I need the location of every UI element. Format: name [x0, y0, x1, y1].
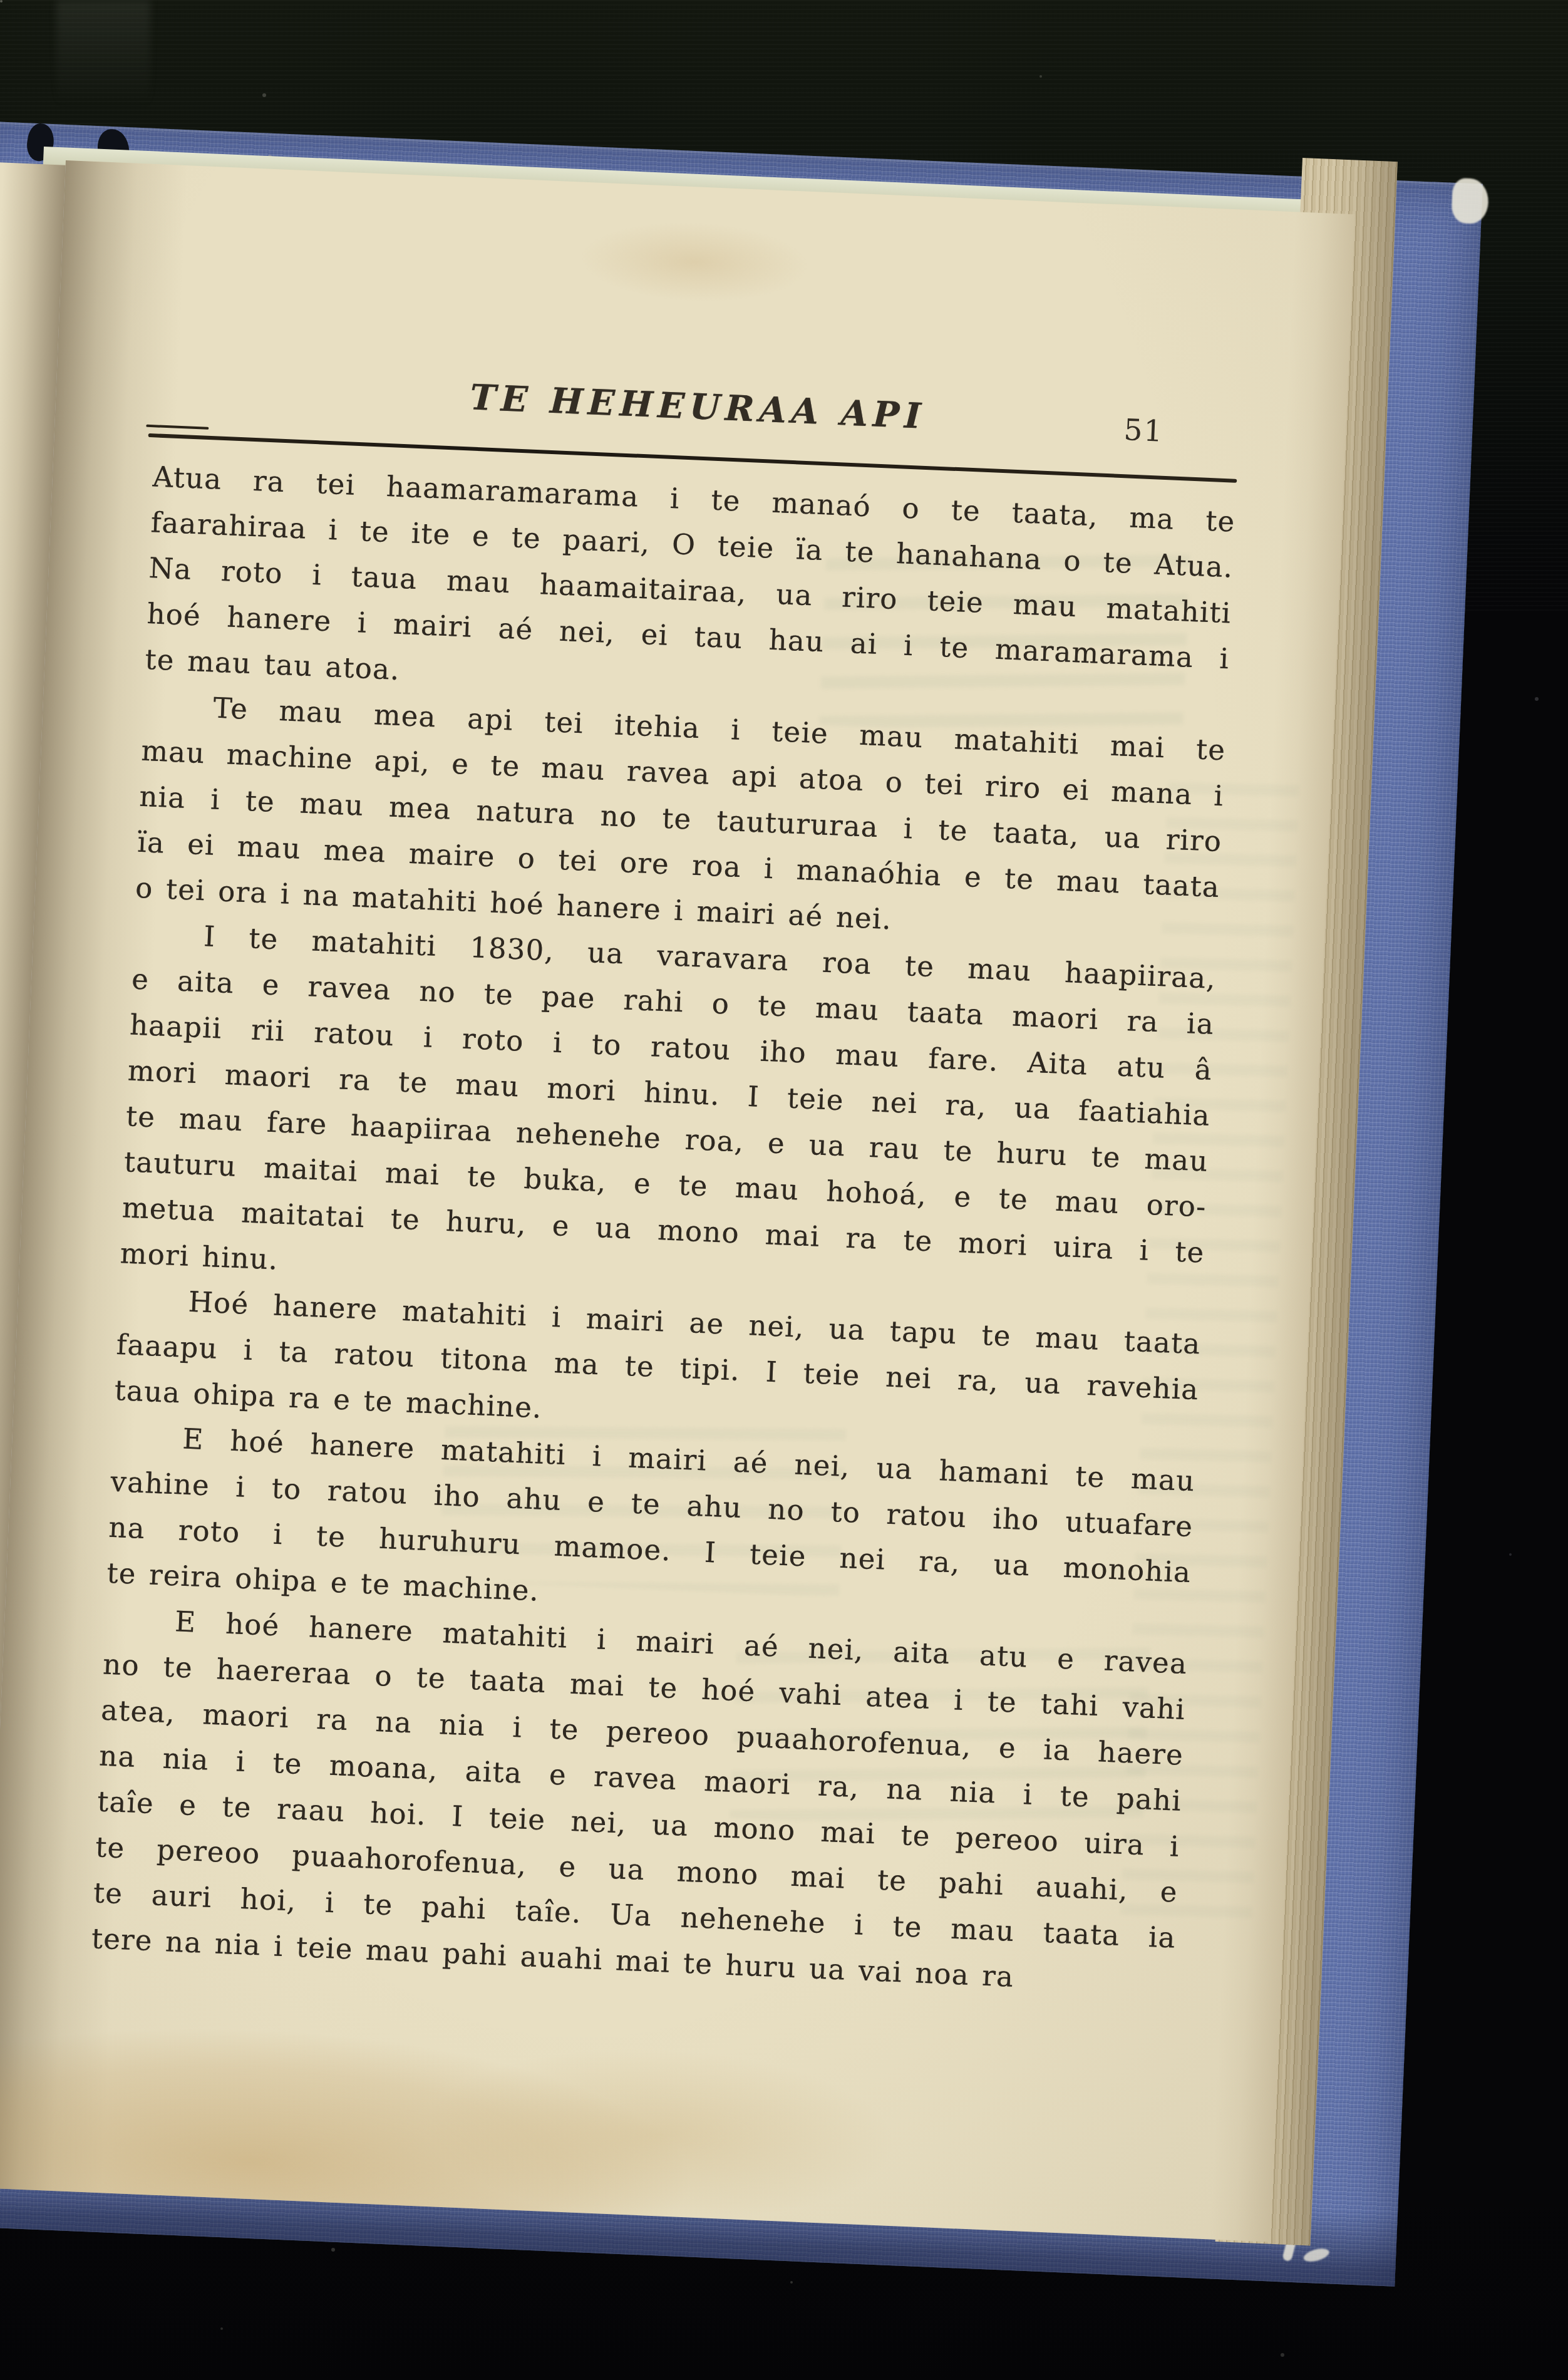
book-photo-scene: liuiee TE HEHEURAA API 51 Atua ra tei ha… [0, 0, 1568, 2380]
book-page: TE HEHEURAA API 51 Atua ra tei haamarama… [0, 160, 1354, 2242]
dust-specks [0, 0, 3, 3]
running-header: TE HEHEURAA API 51 [55, 360, 1346, 467]
page-title: TE HEHEURAA API [156, 363, 1240, 450]
background-light-streak [56, 0, 150, 125]
page-number: 51 [1123, 413, 1164, 449]
printed-content: TE HEHEURAA API 51 Atua ra tei haamarama… [0, 160, 1354, 2242]
body-text: Atua ra tei haamaramarama i te manaó o t… [91, 453, 1236, 2006]
